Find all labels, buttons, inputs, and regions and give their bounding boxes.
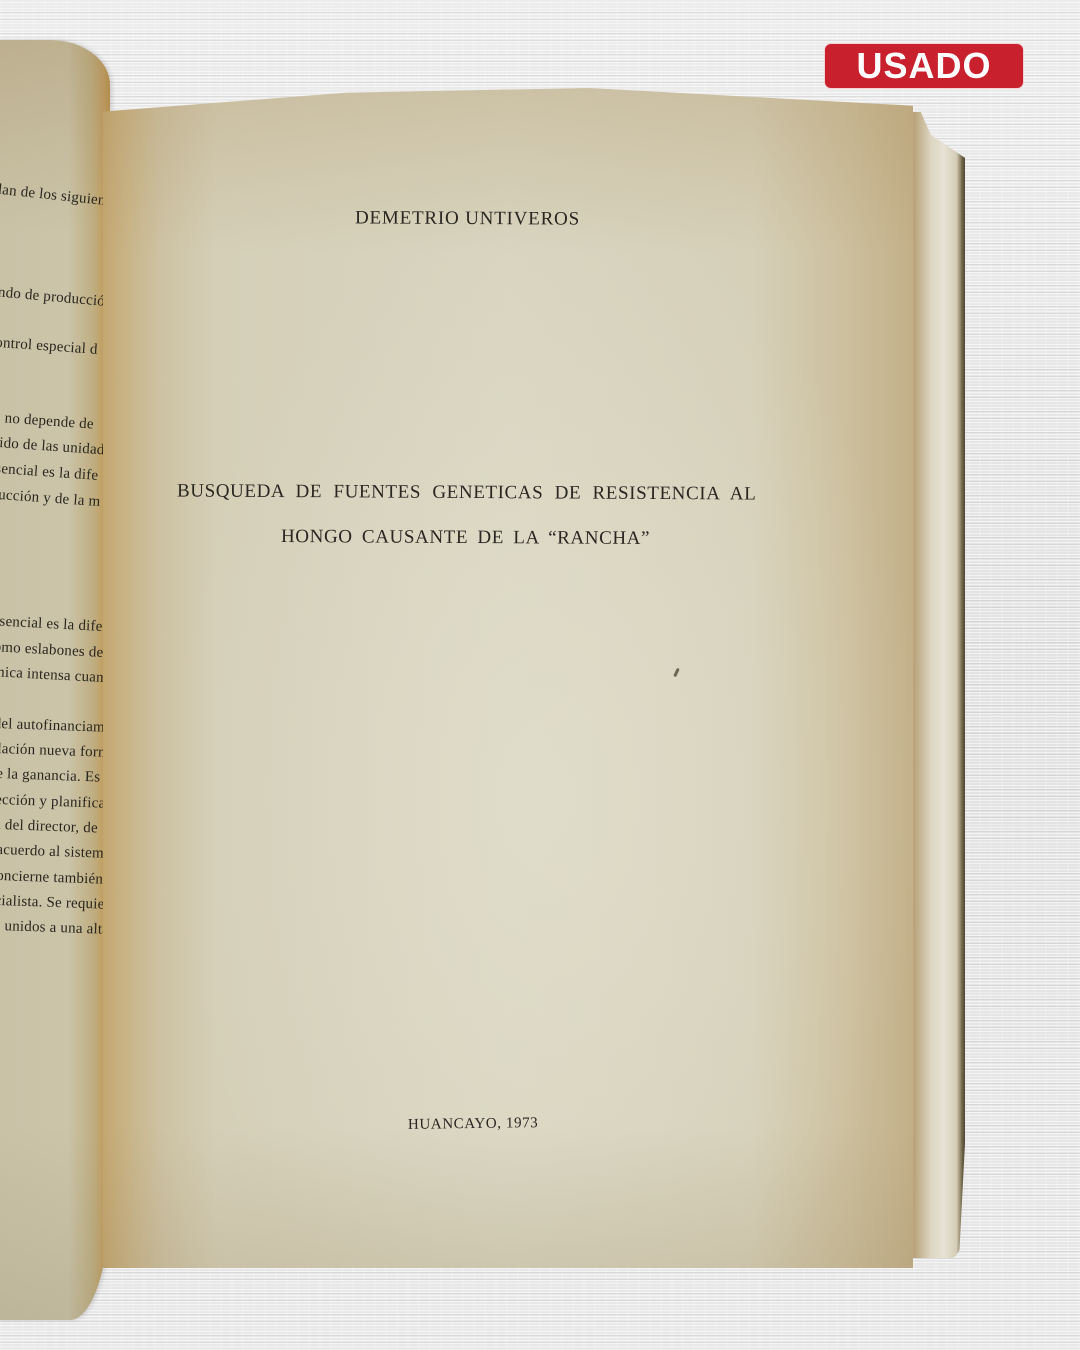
title-line-1: BUSQUEDA DE FUENTES GENETICAS DE RESISTE…: [177, 480, 756, 505]
left-page-line: eo de la ganancia. Es: [0, 765, 101, 787]
left-page-line: . dirección y planifica: [0, 791, 106, 813]
condition-badge-label: USADO: [856, 48, 991, 84]
condition-badge: USADO: [824, 43, 1024, 89]
imprint-place-year: HUANCAYO, 1973: [408, 1115, 539, 1134]
left-page-line: ón concierne también: [0, 867, 103, 889]
left-page-line: ición del director, de: [0, 816, 98, 837]
author-name: DEMETRIO UNTIVEROS: [355, 207, 580, 230]
left-book-page: l plan de los siguien el fondo de produc…: [0, 40, 110, 1320]
title-line-2: HONGO CAUSANTE DE LA “RANCHA”: [281, 526, 650, 550]
right-book-page: [103, 88, 913, 1268]
